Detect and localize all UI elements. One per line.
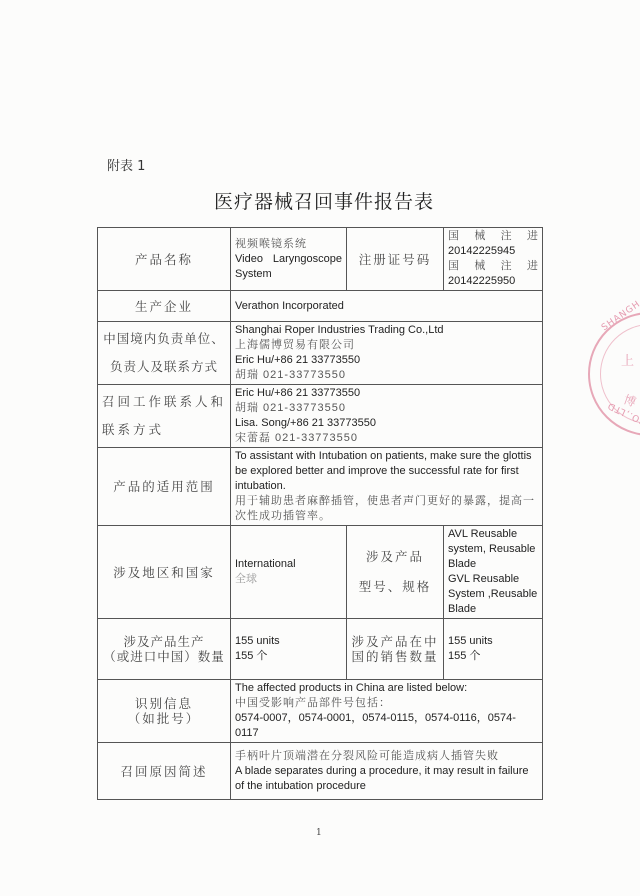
reg-prefix-char: 进 xyxy=(527,259,538,274)
china-sales-en: 155 units xyxy=(448,634,538,649)
recall-contact-value: Eric Hu/+86 21 33773550 胡瑞 021-33773550 … xyxy=(231,385,543,448)
reason-en: A blade separates during a procedure, it… xyxy=(235,764,538,794)
scope-value: To assistant with Intubation on patients… xyxy=(231,448,543,526)
identification-intro-cn: 中国受影响产品部件号包括： xyxy=(235,696,538,711)
identification-label: 识别信息 （如批号） xyxy=(98,680,231,743)
manufacturer-label: 生产企业 xyxy=(98,291,231,322)
row-reason: 召回原因简述 手柄叶片顶端潜在分裂风险可能造成病人插管失败 A blade se… xyxy=(98,743,543,800)
registration-numbers: 国 械 注 进 20142225945 国 械 注 进 20142225950 xyxy=(444,228,543,291)
quantity-value: 155 units 155 个 xyxy=(231,619,347,680)
product-name-en-line1: VideoLaryngoscope xyxy=(235,252,342,267)
china-sales-value: 155 units 155 个 xyxy=(444,619,543,680)
reg-prefix-char: 进 xyxy=(527,229,538,244)
identification-intro-en: The affected products in China are liste… xyxy=(235,681,538,696)
row-recall-contact: 召回工作联系人和 联系方式 Eric Hu/+86 21 33773550 胡瑞… xyxy=(98,385,543,448)
product-name-cn: 视频喉镜系统 xyxy=(235,237,342,252)
contact-2-en: Lisa. Song/+86 21 33773550 xyxy=(235,416,538,431)
region-en: International xyxy=(235,557,342,572)
reg-prefix-char: 国 xyxy=(448,259,459,274)
reg-number-1: 20142225945 xyxy=(448,244,538,259)
reason-label: 召回原因简述 xyxy=(98,743,231,800)
row-identification: 识别信息 （如批号） The affected products in Chin… xyxy=(98,680,543,743)
page-number: 1 xyxy=(316,828,322,838)
recall-contact-label: 召回工作联系人和 联系方式 xyxy=(98,385,231,448)
models-label: 涉及产品 型号、规格 xyxy=(347,526,444,619)
identification-label-line1: 识别信息 xyxy=(102,696,226,711)
product-name-en-line2: System xyxy=(235,267,342,282)
recall-contact-label-line2: 联系方式 xyxy=(102,416,226,444)
responsible-person-en: Eric Hu/+86 21 33773550 xyxy=(235,353,538,368)
responsible-company-en: Shanghai Roper Industries Trading Co.,Lt… xyxy=(235,323,538,338)
row-manufacturer: 生产企业 Verathon Incorporated xyxy=(98,291,543,322)
quantity-label: 涉及产品生产 （或进口中国）数量 xyxy=(98,619,231,680)
product-name-value: 视频喉镜系统 VideoLaryngoscope System xyxy=(231,228,347,291)
row-region: 涉及地区和国家 International 全球 涉及产品 型号、规格 AVL … xyxy=(98,526,543,619)
scope-cn: 用于辅助患者麻醉插管，使患者声门更好的暴露，提高一次性成功插管率。 xyxy=(235,494,538,524)
row-china-responsible: 中国境内负责单位、 负责人及联系方式 Shanghai Roper Indust… xyxy=(98,322,543,385)
reg-prefix-char: 注 xyxy=(501,229,512,244)
models-value: AVL Reusable system, Reusable Blade GVL … xyxy=(444,526,543,619)
quantity-label-line2: （或进口中国）数量 xyxy=(102,649,226,664)
annex-label: 附表 1 xyxy=(107,155,145,174)
china-sales-label-line2: 国的销售数量 xyxy=(351,649,439,664)
responsible-person-cn: 胡瑞 021-33773550 xyxy=(235,368,538,383)
reg-number-2: 20142225950 xyxy=(448,274,538,289)
reg-prefix-char: 注 xyxy=(501,259,512,274)
registration-label: 注册证号码 xyxy=(347,228,444,291)
quantity-en: 155 units xyxy=(235,634,342,649)
row-scope: 产品的适用范围 To assistant with Intubation on … xyxy=(98,448,543,526)
contact-2-cn: 宋蕾磊 021-33773550 xyxy=(235,431,538,446)
model-gvl: GVL Reusable System ,Reusable Blade xyxy=(448,572,538,617)
china-responsible-value: Shanghai Roper Industries Trading Co.,Lt… xyxy=(231,322,543,385)
reg-prefix-char: 械 xyxy=(474,259,485,274)
quantity-label-line1: 涉及产品生产 xyxy=(102,634,226,649)
manufacturer-value: Verathon Incorporated xyxy=(231,291,543,322)
document-title: 医疗器械召回事件报告表 xyxy=(0,187,640,214)
product-name-label: 产品名称 xyxy=(98,228,231,291)
row-quantity: 涉及产品生产 （或进口中国）数量 155 units 155 个 涉及产品在中 … xyxy=(98,619,543,680)
reg-prefix-char: 国 xyxy=(448,229,459,244)
reg-prefix-2: 国 械 注 进 xyxy=(448,259,538,274)
china-sales-cn: 155 个 xyxy=(448,649,538,664)
identification-label-line2: （如批号） xyxy=(102,711,226,726)
responsible-company-cn: 上海儒博贸易有限公司 xyxy=(235,338,538,353)
recall-report-table: 产品名称 视频喉镜系统 VideoLaryngoscope System 注册证… xyxy=(97,227,543,800)
region-value: International 全球 xyxy=(231,526,347,619)
china-responsible-label: 中国境内负责单位、 负责人及联系方式 xyxy=(98,322,231,385)
quantity-cn: 155 个 xyxy=(235,649,342,664)
reason-cn: 手柄叶片顶端潜在分裂风险可能造成病人插管失败 xyxy=(235,749,538,764)
identification-value: The affected products in China are liste… xyxy=(231,680,543,743)
china-responsible-label-line2: 负责人及联系方式 xyxy=(102,353,226,381)
row-product-name: 产品名称 视频喉镜系统 VideoLaryngoscope System 注册证… xyxy=(98,228,543,291)
china-sales-label-line1: 涉及产品在中 xyxy=(351,634,439,649)
scope-en: To assistant with Intubation on patients… xyxy=(235,449,538,494)
product-name-en-word1: Video xyxy=(235,252,263,267)
contact-1-en: Eric Hu/+86 21 33773550 xyxy=(235,386,538,401)
china-responsible-label-line1: 中国境内负责单位、 xyxy=(102,325,226,353)
reason-value: 手柄叶片顶端潜在分裂风险可能造成病人插管失败 A blade separates… xyxy=(231,743,543,800)
product-name-en-word2: Laryngoscope xyxy=(273,252,342,267)
china-sales-label: 涉及产品在中 国的销售数量 xyxy=(347,619,444,680)
models-label-line1: 涉及产品 xyxy=(351,542,439,572)
stamp-text-cn-top: 上 xyxy=(621,350,634,369)
models-label-line2: 型号、规格 xyxy=(351,572,439,602)
reg-prefix-1: 国 械 注 进 xyxy=(448,229,538,244)
region-cn: 全球 xyxy=(235,572,342,587)
model-avl: AVL Reusable system, Reusable Blade xyxy=(448,527,538,572)
identification-part-numbers: 0574-0007，0574-0001，0574-0115，0574-0116，… xyxy=(235,711,538,741)
reg-prefix-char: 械 xyxy=(474,229,485,244)
region-label: 涉及地区和国家 xyxy=(98,526,231,619)
recall-contact-label-line1: 召回工作联系人和 xyxy=(102,388,226,416)
contact-1-cn: 胡瑞 021-33773550 xyxy=(235,401,538,416)
scope-label: 产品的适用范围 xyxy=(98,448,231,526)
